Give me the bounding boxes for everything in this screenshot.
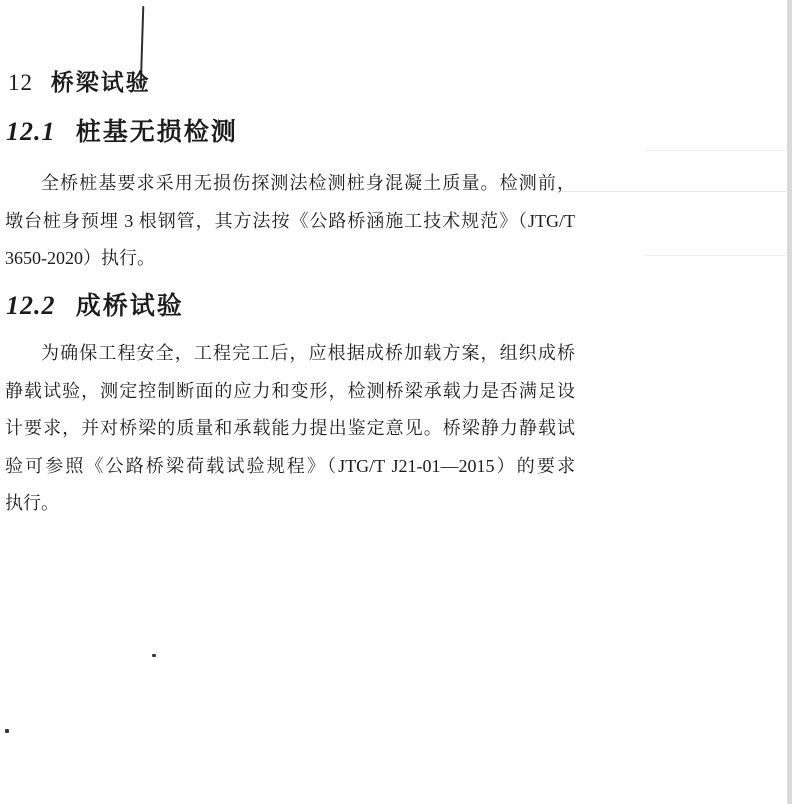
ink-speck (5, 729, 9, 733)
section-title: 桩基无损检测 (76, 118, 238, 146)
scan-artifact-line (558, 191, 787, 192)
text-line: 为确保工程安全，工程完工后，应根据成桥加载方案，组织成桥 (5, 335, 575, 373)
section-number: 12.1 (6, 117, 56, 146)
paragraph-12-1: 全桥桩基要求采用无损伤探测法检测桩身混凝土质量。检测前，墩台桩身预埋 3 根钢管… (5, 165, 575, 278)
document-page: 12 桥梁试验 12.1 桩基无损检测 全桥桩基要求采用无损伤探测法检测桩身混凝… (0, 0, 792, 804)
section-heading-12-1: 12.1 桩基无损检测 (6, 112, 238, 148)
text-line: 墩台桩身预埋 3 根钢管，其方法按《公路桥涵施工技术规范》（JTG/T (5, 203, 575, 241)
scanner-edge-strip (787, 0, 792, 804)
scan-artifact-line (645, 255, 787, 256)
scan-artifact-line (645, 150, 787, 151)
ink-speck (152, 654, 156, 657)
section-title: 成桥试验 (76, 292, 184, 320)
chapter-number: 12 (8, 70, 33, 95)
text-line: 计要求，并对桥梁的质量和承载能力提出鉴定意见。桥梁静力静载试 (5, 410, 575, 448)
chapter-heading: 12 桥梁试验 (8, 64, 151, 97)
text-line: 全桥桩基要求采用无损伤探测法检测桩身混凝土质量。检测前， (5, 165, 575, 203)
text-line: 静载试验，测定控制断面的应力和变形，检测桥梁承载力是否满足设 (5, 373, 575, 411)
chapter-title: 桥梁试验 (51, 69, 151, 95)
text-line: 3650-2020）执行。 (5, 240, 575, 278)
paragraph-12-2: 为确保工程安全，工程完工后，应根据成桥加载方案，组织成桥静载试验，测定控制断面的… (5, 335, 575, 523)
section-number: 12.2 (6, 291, 56, 320)
section-heading-12-2: 12.2 成桥试验 (6, 286, 184, 322)
text-line: 执行。 (5, 485, 575, 523)
text-line: 验可参照《公路桥梁荷载试验规程》（JTG/T J21-01—2015）的要求 (5, 448, 575, 486)
